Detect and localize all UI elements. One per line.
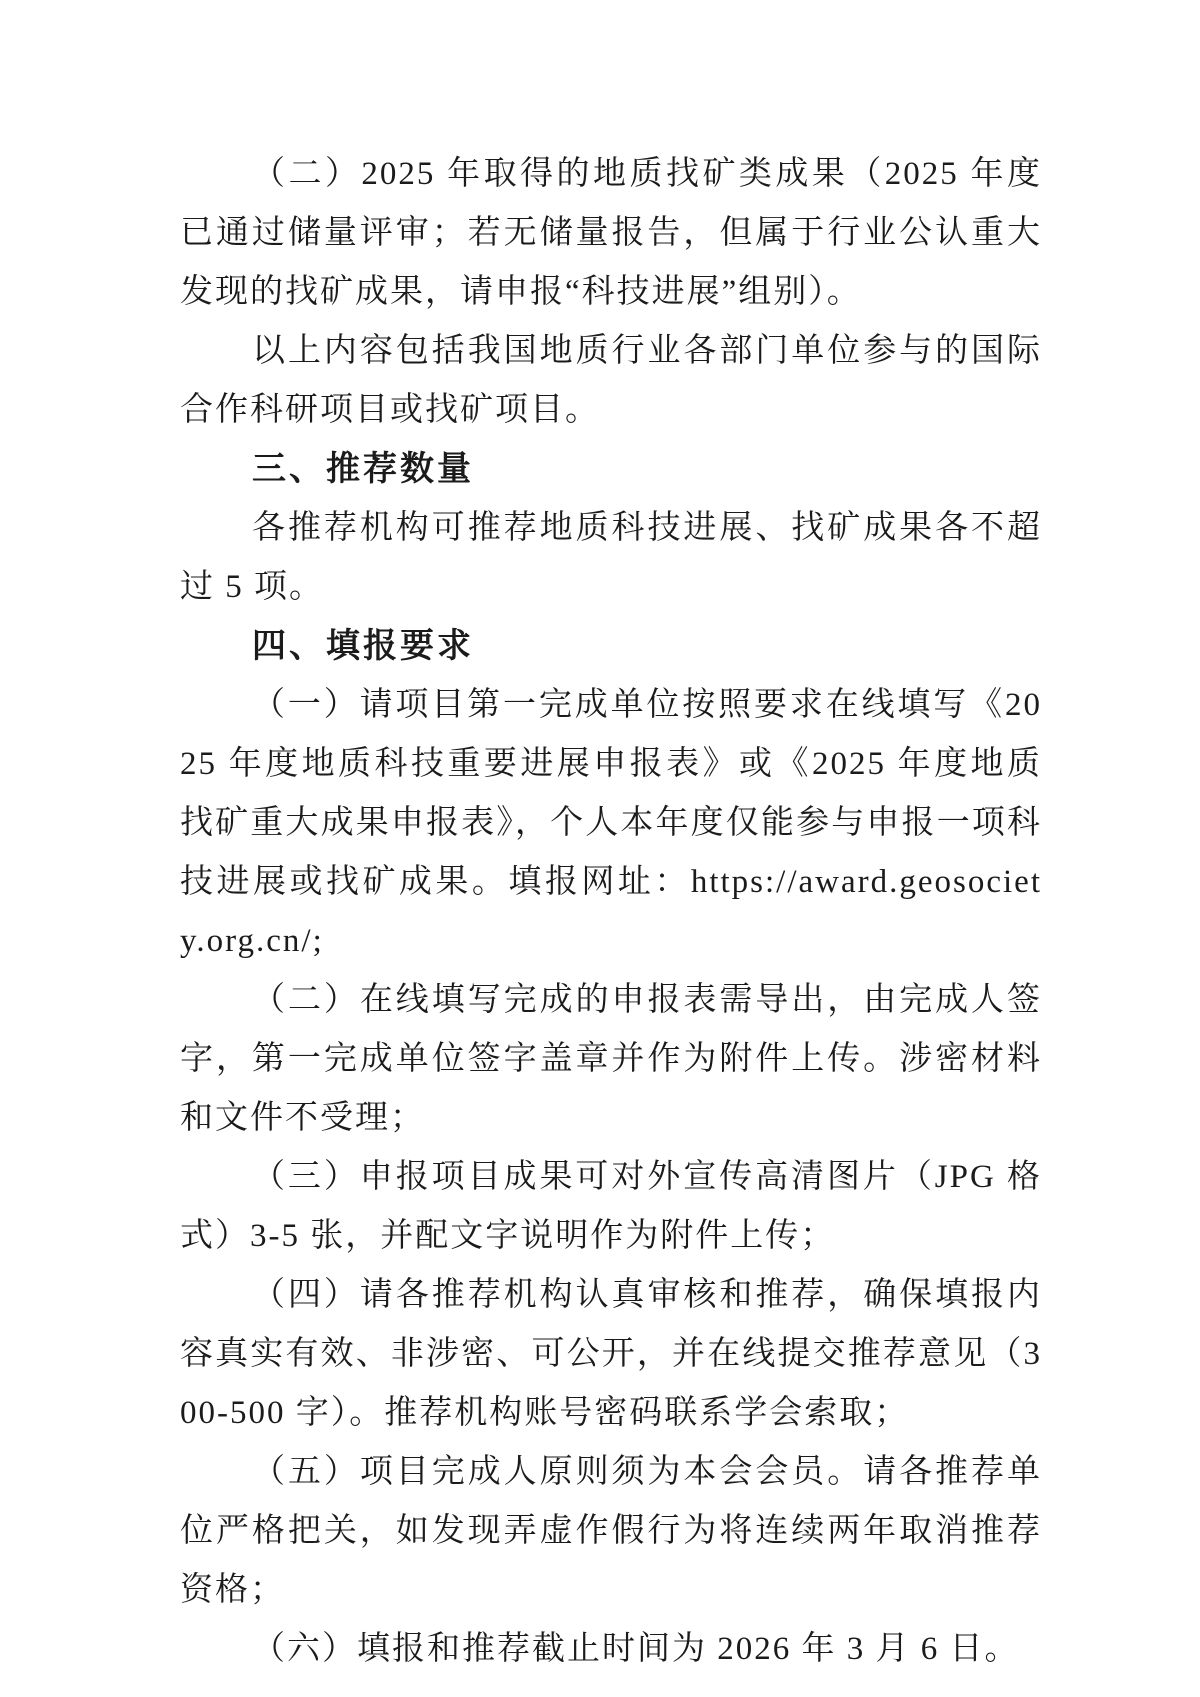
section-heading-filing-requirements: 四、填报要求 — [180, 617, 1042, 676]
paragraph-recommendation-quantity: 各推荐机构可推荐地质科技进展、找矿成果各不超过 5 项。 — [180, 499, 1042, 617]
paragraph-requirement-3-publicity-images: （三）申报项目成果可对外宣传高清图片（JPG 格式）3-5 张，并配文字说明作为… — [180, 1148, 1042, 1266]
document-page: （二）2025 年取得的地质找矿类成果（2025 年度已通过储量评审；若无储量报… — [0, 0, 1200, 1697]
paragraph-requirement-5-membership: （五）项目完成人原则须为本会会员。请各推荐单位严格把关，如发现弄虚作假行为将连续… — [180, 1443, 1042, 1620]
paragraph-requirement-6-deadline: （六）填报和推荐截止时间为 2026 年 3 月 6 日。 — [180, 1620, 1042, 1679]
section-heading-recommendation-quantity: 三、推荐数量 — [180, 440, 1042, 499]
paragraph-category-2-prospecting-results: （二）2025 年取得的地质找矿类成果（2025 年度已通过储量评审；若无储量报… — [180, 145, 1042, 322]
paragraph-requirement-1-online-form-url: （一）请项目第一完成单位按照要求在线填写《2025 年度地质科技重要进展申报表》… — [180, 676, 1042, 971]
paragraph-scope-note: 以上内容包括我国地质行业各部门单位参与的国际合作科研项目或找矿项目。 — [180, 322, 1042, 440]
paragraph-requirement-4-review-opinion: （四）请各推荐机构认真审核和推荐，确保填报内容真实有效、非涉密、可公开，并在线提… — [180, 1266, 1042, 1443]
document-text-block: （二）2025 年取得的地质找矿类成果（2025 年度已通过储量评审；若无储量报… — [180, 145, 1042, 1679]
paragraph-requirement-2-signature-upload: （二）在线填写完成的申报表需导出，由完成人签字，第一完成单位签字盖章并作为附件上… — [180, 971, 1042, 1148]
